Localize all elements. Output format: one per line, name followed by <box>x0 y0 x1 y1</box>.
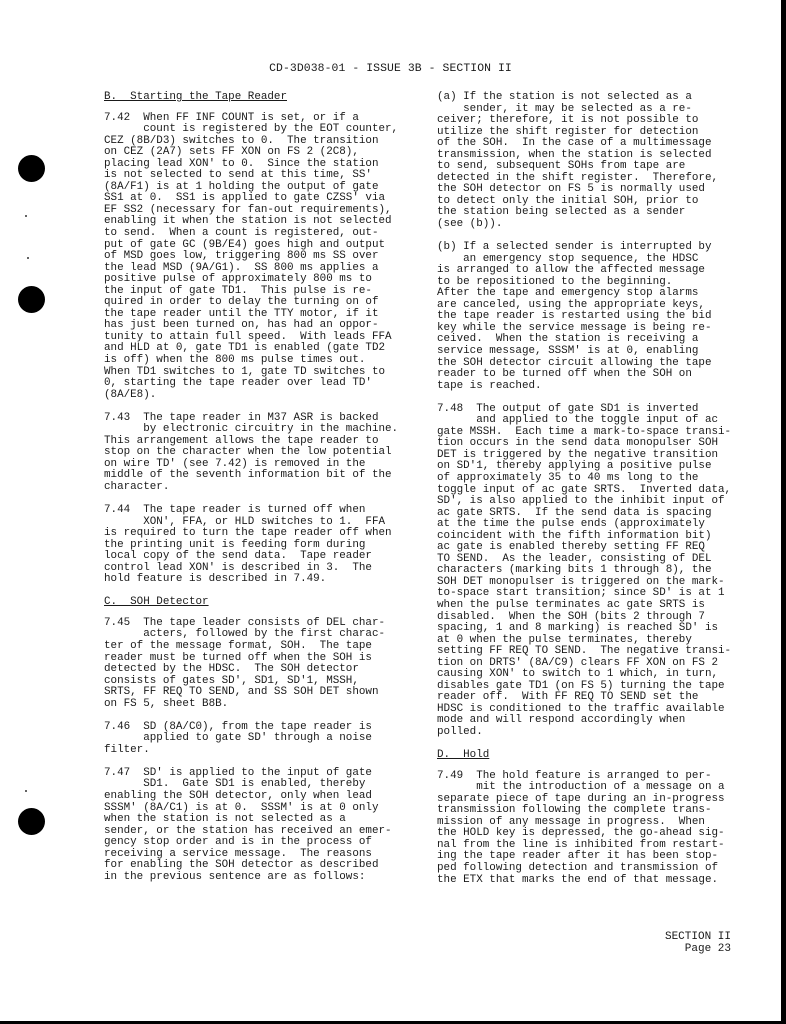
text-line: applied to gate SD' through a noise <box>104 733 416 745</box>
text-line: in the previous sentence are as follows: <box>104 872 416 884</box>
text-line: at the time the pulse ends (approximatel… <box>437 519 755 531</box>
left-column: B. Starting the Tape Reader7.42 When FF … <box>104 92 416 895</box>
text-line: character. <box>104 482 416 494</box>
text-line: setting FF REQ TO SEND. The negative tra… <box>437 646 755 658</box>
section-heading: D. Hold <box>437 750 755 762</box>
scan-speck <box>25 790 27 792</box>
scan-speck <box>27 257 29 259</box>
text-line: to send. When a count is registered, out… <box>104 228 416 240</box>
text-line: 0, starting the tape reader over lead TD… <box>104 378 416 390</box>
punch-hole <box>18 808 45 835</box>
text-line: when the pulse terminates ac gate SRTS i… <box>437 600 755 612</box>
paragraph-7-49: 7.49 The hold feature is arranged to per… <box>437 771 755 886</box>
footer-page-number: Page 23 <box>665 943 731 955</box>
section-heading: B. Starting the Tape Reader <box>104 92 416 104</box>
text-line: is off) when the 800 ms pulse times out. <box>104 355 416 367</box>
text-line: mit the introduction of a message on a <box>437 782 755 794</box>
text-line: 7.44 The tape reader is turned off when <box>104 505 416 517</box>
text-line: reader to be turned off when the SOH on <box>437 369 755 381</box>
punch-hole <box>18 286 45 313</box>
page-footer: SECTION II Page 23 <box>665 931 731 955</box>
text-line: ter of the message format, SOH. The tape <box>104 641 416 653</box>
paragraph-7-42: 7.42 When FF INF COUNT is set, or if a c… <box>104 113 416 402</box>
paragraph-7-43: 7.43 The tape reader in M37 ASR is backe… <box>104 413 416 494</box>
paragraph-7-48: 7.48 The output of gate SD1 is inverted … <box>437 404 755 739</box>
text-line: (b) If a selected sender is interrupted … <box>437 242 755 254</box>
text-line: (see (b)). <box>437 219 755 231</box>
text-line: polled. <box>437 727 755 739</box>
text-line: of MSD goes low, triggering 800 ms SS ov… <box>104 251 416 263</box>
section-heading: C. SOH Detector <box>104 597 416 609</box>
paragraph-7-47: 7.47 SD' is applied to the input of gate… <box>104 768 416 883</box>
text-line: filter. <box>104 745 416 757</box>
text-line: ceiver; therefore, it is not possible to <box>437 115 755 127</box>
text-line: spacing, 1 and 8 marking) is reached SD'… <box>437 623 755 635</box>
text-line: tape is reached. <box>437 381 755 393</box>
text-line: on CEZ (2A7) sets FF XON on FS 2 (2C8), <box>104 147 416 159</box>
text-line: count is registered by the EOT counter, <box>104 124 416 136</box>
paragraph-a: (a) If the station is not selected as a … <box>437 92 755 231</box>
text-line: hold feature is described in 7.49. <box>104 574 416 586</box>
footer-section: SECTION II <box>665 931 731 943</box>
text-line: when the station is not selected as a <box>104 814 416 826</box>
text-line: ped following detection and transmission… <box>437 863 755 875</box>
right-column: (a) If the station is not selected as a … <box>437 92 755 898</box>
text-line: the ETX that marks the end of that messa… <box>437 875 755 887</box>
text-line: of approximately 35 to 40 ms long to the <box>437 473 755 485</box>
page-header: CD-3D038-01 - ISSUE 3B - SECTION II <box>0 63 781 75</box>
punch-hole <box>18 155 45 182</box>
text-line: service message, SSSM' is at 0, enabling <box>437 346 755 358</box>
text-line: mode and will respond accordingly when <box>437 715 755 727</box>
paragraph-b: (b) If a selected sender is interrupted … <box>437 242 755 392</box>
text-line: is required to turn the tape reader off … <box>104 528 416 540</box>
paragraph-7-44: 7.44 The tape reader is turned off when … <box>104 505 416 586</box>
text-line: SD', is also applied to the inhibit inpu… <box>437 496 755 508</box>
paragraph-7-46: 7.46 SD (8A/C0), from the tape reader is… <box>104 722 416 757</box>
text-line: enabling the SOH detector, only when lea… <box>104 791 416 803</box>
text-line: (8A/E8). <box>104 390 416 402</box>
text-line: of the SOH. In the case of a multimessag… <box>437 138 755 150</box>
text-line: is arranged to allow the affected messag… <box>437 265 755 277</box>
scan-speck <box>25 215 27 217</box>
paragraph-7-45: 7.45 The tape leader consists of DEL cha… <box>104 618 416 710</box>
text-line: (a) If the station is not selected as a <box>437 92 755 104</box>
document-page: CD-3D038-01 - ISSUE 3B - SECTION II B. S… <box>0 0 781 1021</box>
text-line: on FS 5, sheet B8B. <box>104 699 416 711</box>
text-line: detected by the HDSC. The SOH detector <box>104 664 416 676</box>
